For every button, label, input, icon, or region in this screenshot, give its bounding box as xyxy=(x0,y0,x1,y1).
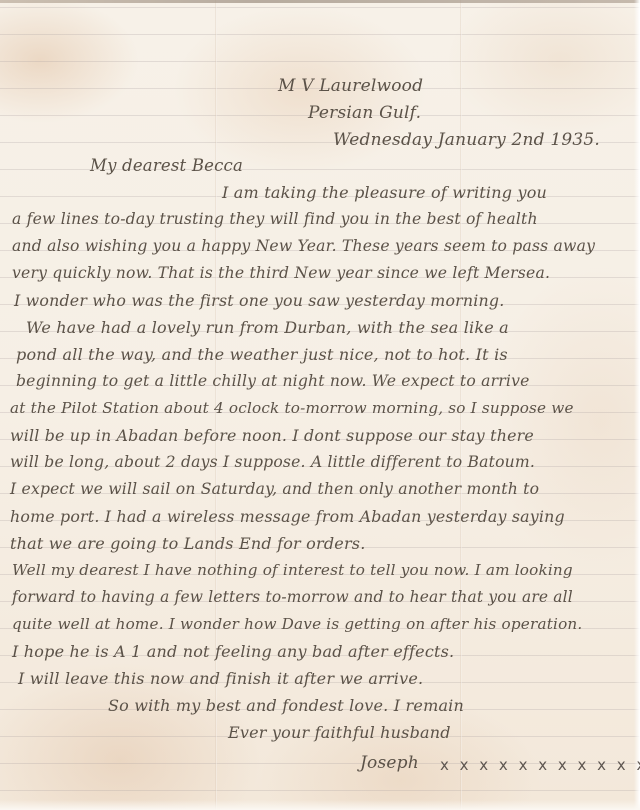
closing-line: So with my best and fondest love. I rema… xyxy=(108,696,464,715)
body-line: a few lines to-day trusting they will fi… xyxy=(12,210,538,228)
ship-name: M V Laurelwood xyxy=(278,76,423,96)
closing-line: Ever your faithful husband xyxy=(228,723,451,742)
body-line: home port. I had a wireless message from… xyxy=(10,507,565,526)
body-line: Well my dearest I have nothing of intere… xyxy=(12,561,573,579)
body-line: that we are going to Lands End for order… xyxy=(10,534,366,553)
paper-edge xyxy=(0,800,640,810)
body-line: will be up in Abadan before noon. I dont… xyxy=(10,426,534,445)
body-line: I hope he is A 1 and not feeling any bad… xyxy=(12,642,454,661)
body-line: I expect we will sail on Saturday, and t… xyxy=(10,480,539,498)
kisses: x x x x x x x x x x x x x x xyxy=(440,756,640,774)
date-line: Wednesday January 2nd 1935. xyxy=(333,130,600,150)
body-line: and also wishing you a happy New Year. T… xyxy=(12,237,595,255)
body-line: I will leave this now and finish it afte… xyxy=(18,669,423,688)
body-line: very quickly now. That is the third New … xyxy=(12,264,550,282)
signature: Joseph xyxy=(360,753,419,773)
paper-edge xyxy=(634,0,640,810)
body-line: We have had a lovely run from Durban, wi… xyxy=(26,318,509,337)
location: Persian Gulf. xyxy=(308,103,421,123)
body-line: forward to having a few letters to-morro… xyxy=(12,588,573,606)
body-line: pond all the way, and the weather just n… xyxy=(16,345,508,364)
letter-page: M V Laurelwood Persian Gulf. Wednesday J… xyxy=(0,0,640,810)
body-line: will be long, about 2 days I suppose. A … xyxy=(10,453,535,471)
salutation: My dearest Becca xyxy=(90,156,243,175)
body-line: at the Pilot Station about 4 oclock to-m… xyxy=(10,399,574,417)
body-line: quite well at home. I wonder how Dave is… xyxy=(12,615,582,633)
body-line: beginning to get a little chilly at nigh… xyxy=(16,372,530,390)
paper-edge xyxy=(0,0,640,3)
body-line: I am taking the pleasure of writing you xyxy=(222,183,547,202)
body-line: I wonder who was the first one you saw y… xyxy=(14,291,504,310)
